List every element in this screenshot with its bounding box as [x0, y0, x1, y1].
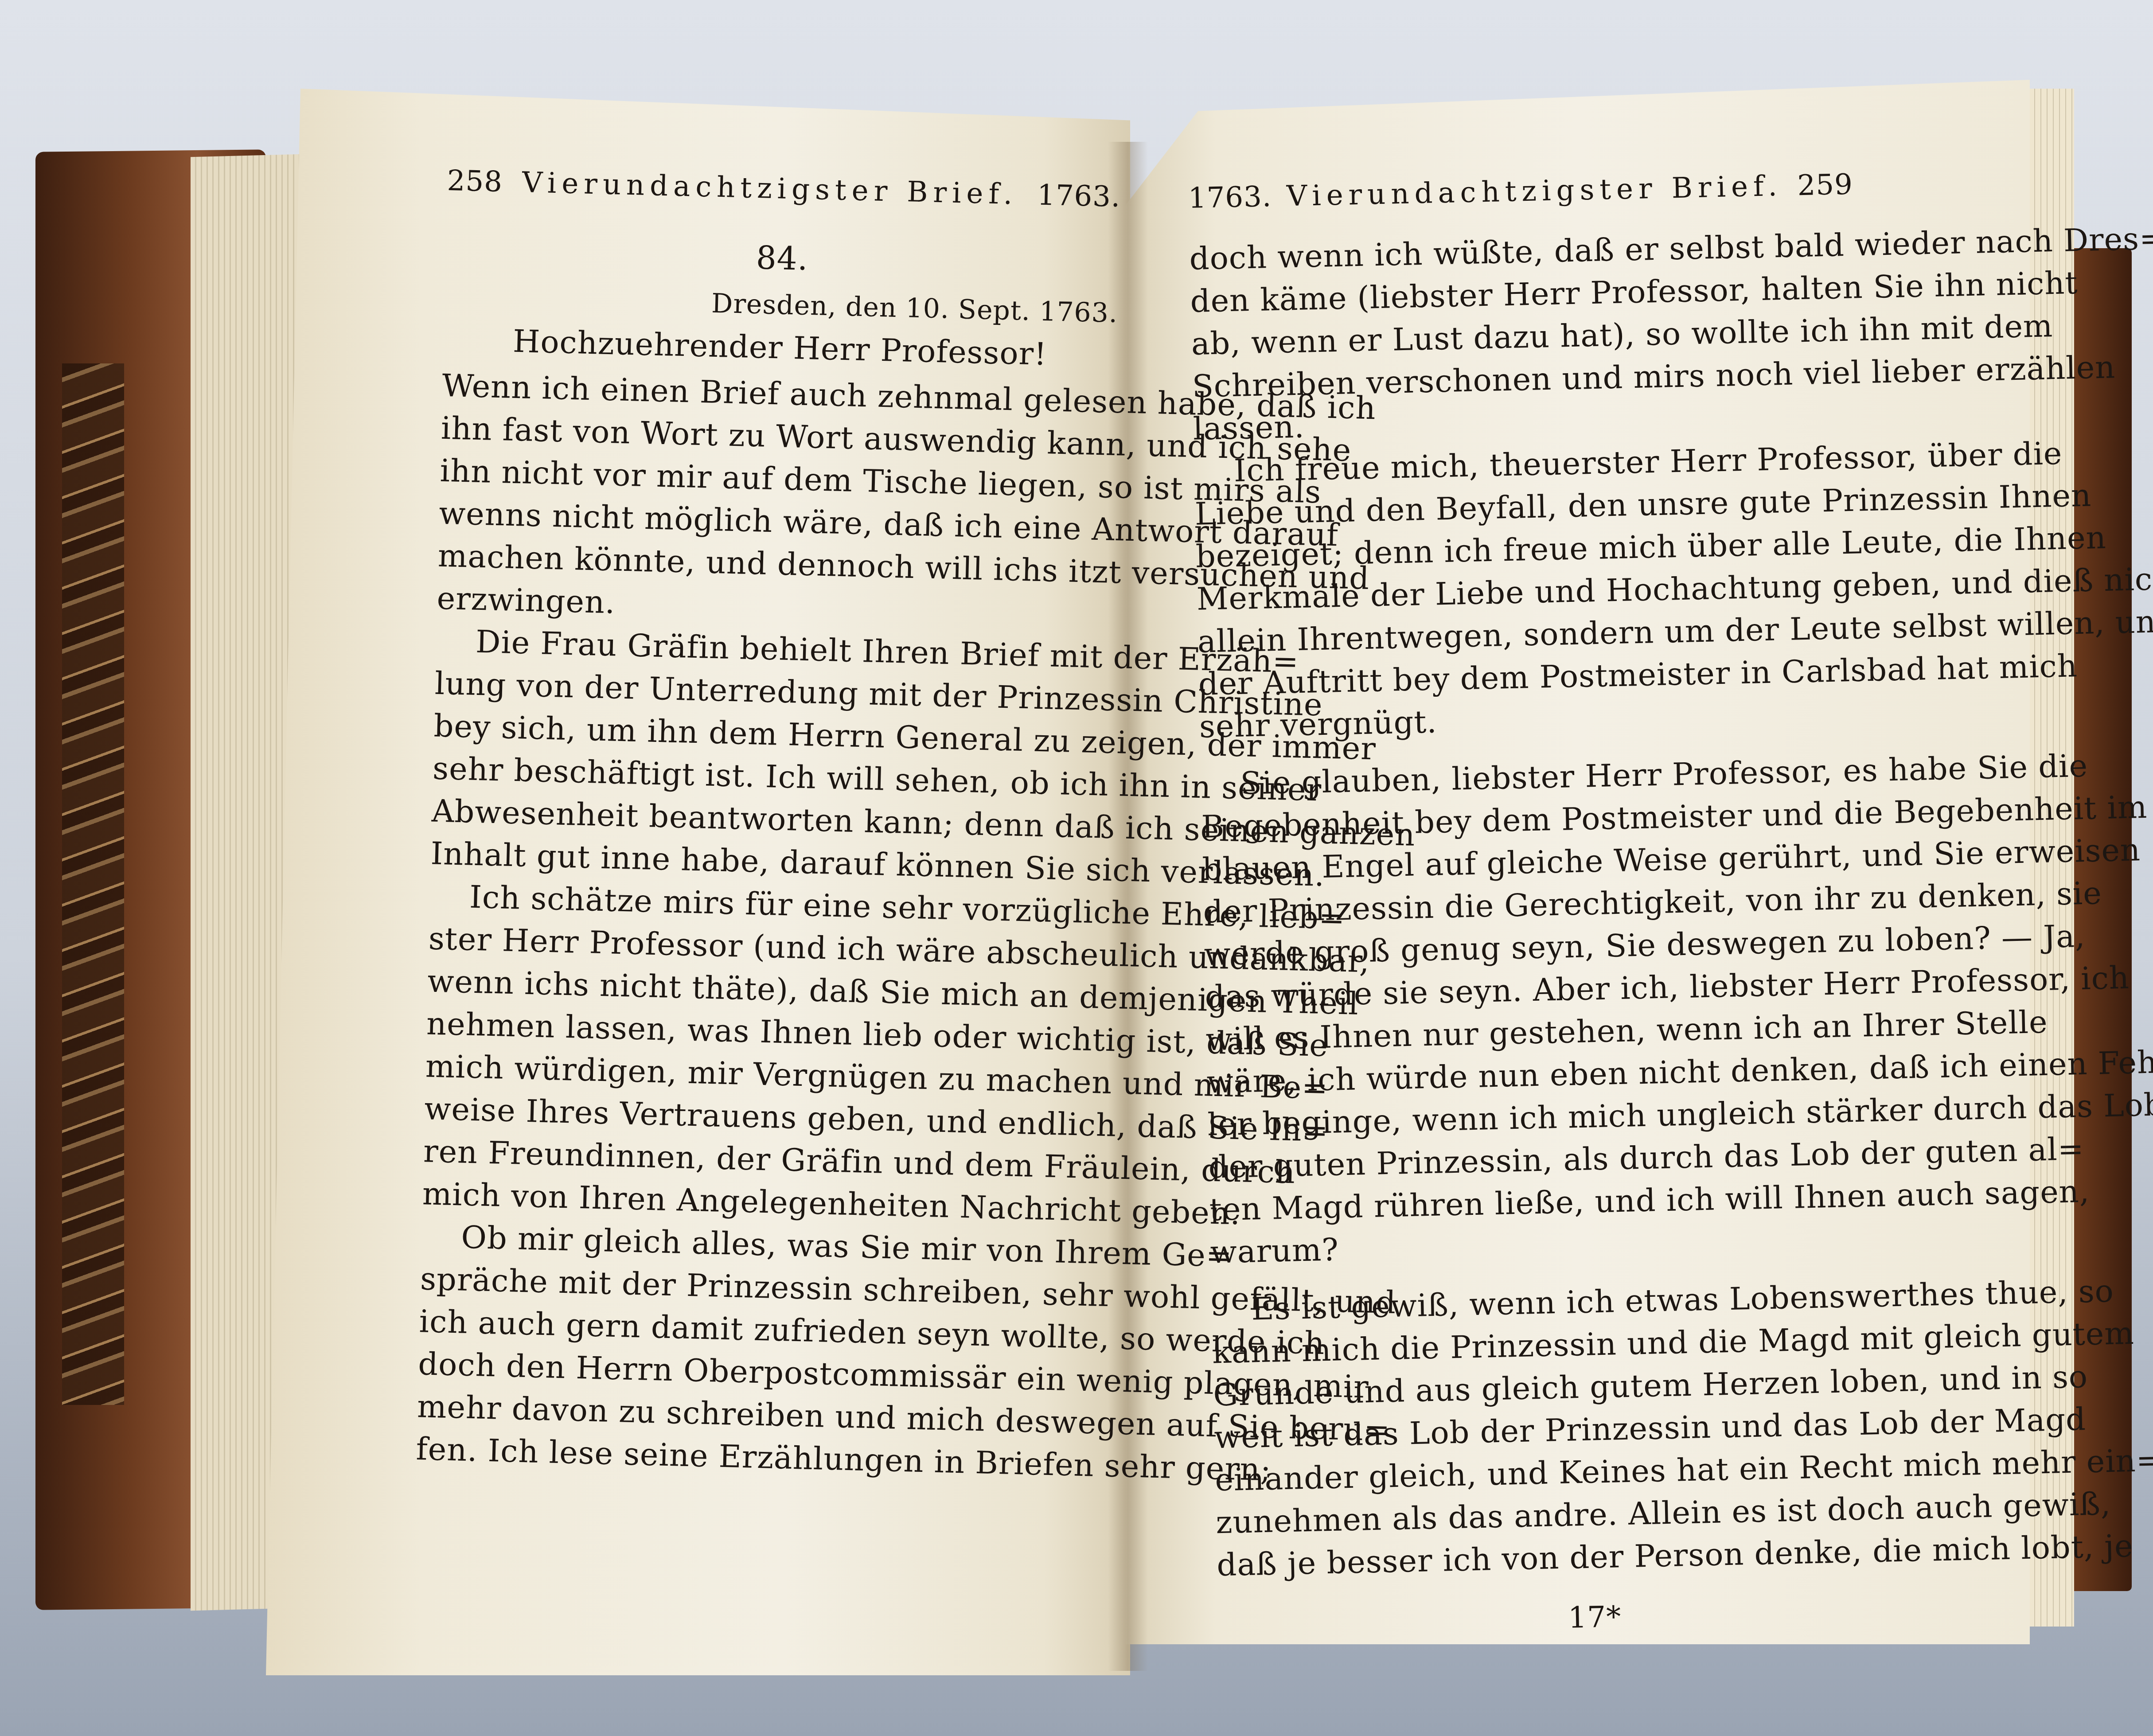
- page-number: 259: [1797, 164, 1853, 207]
- page-number: 258: [447, 160, 503, 203]
- left-page-text: 258 Vierundachtzigster Brief. 1763. 84. …: [416, 160, 1121, 1486]
- paragraph: Ich schätze mirs für eine sehr vorzüglic…: [422, 875, 1104, 1232]
- paragraph: Die Frau Gräfin behielt Ihren Brief mit …: [430, 620, 1110, 891]
- marbled-board-left: [62, 363, 124, 1405]
- header-year: 1763.: [1188, 176, 1272, 220]
- header-year: 1763.: [1037, 174, 1121, 219]
- paragraph: doch wenn ich wüßte, daß er selbst bald …: [1189, 224, 1858, 450]
- right-page-text: 1763. Vierundachtzigster Brief. 259 doch…: [1188, 164, 1883, 1647]
- paragraph: Ich freue mich, theuerster Herr Professo…: [1194, 436, 1864, 748]
- paragraph: Wenn ich einen Brief auch zehnmal gelese…: [437, 364, 1116, 636]
- paragraph: Ob mir gleich alles, was Sie mir von Ihr…: [416, 1215, 1096, 1486]
- paragraph: Es ist gewiß, wenn ich etwas Lobenswerth…: [1211, 1275, 1882, 1586]
- paragraph: Sie glauben, liebster Herr Professor, es…: [1200, 749, 1876, 1273]
